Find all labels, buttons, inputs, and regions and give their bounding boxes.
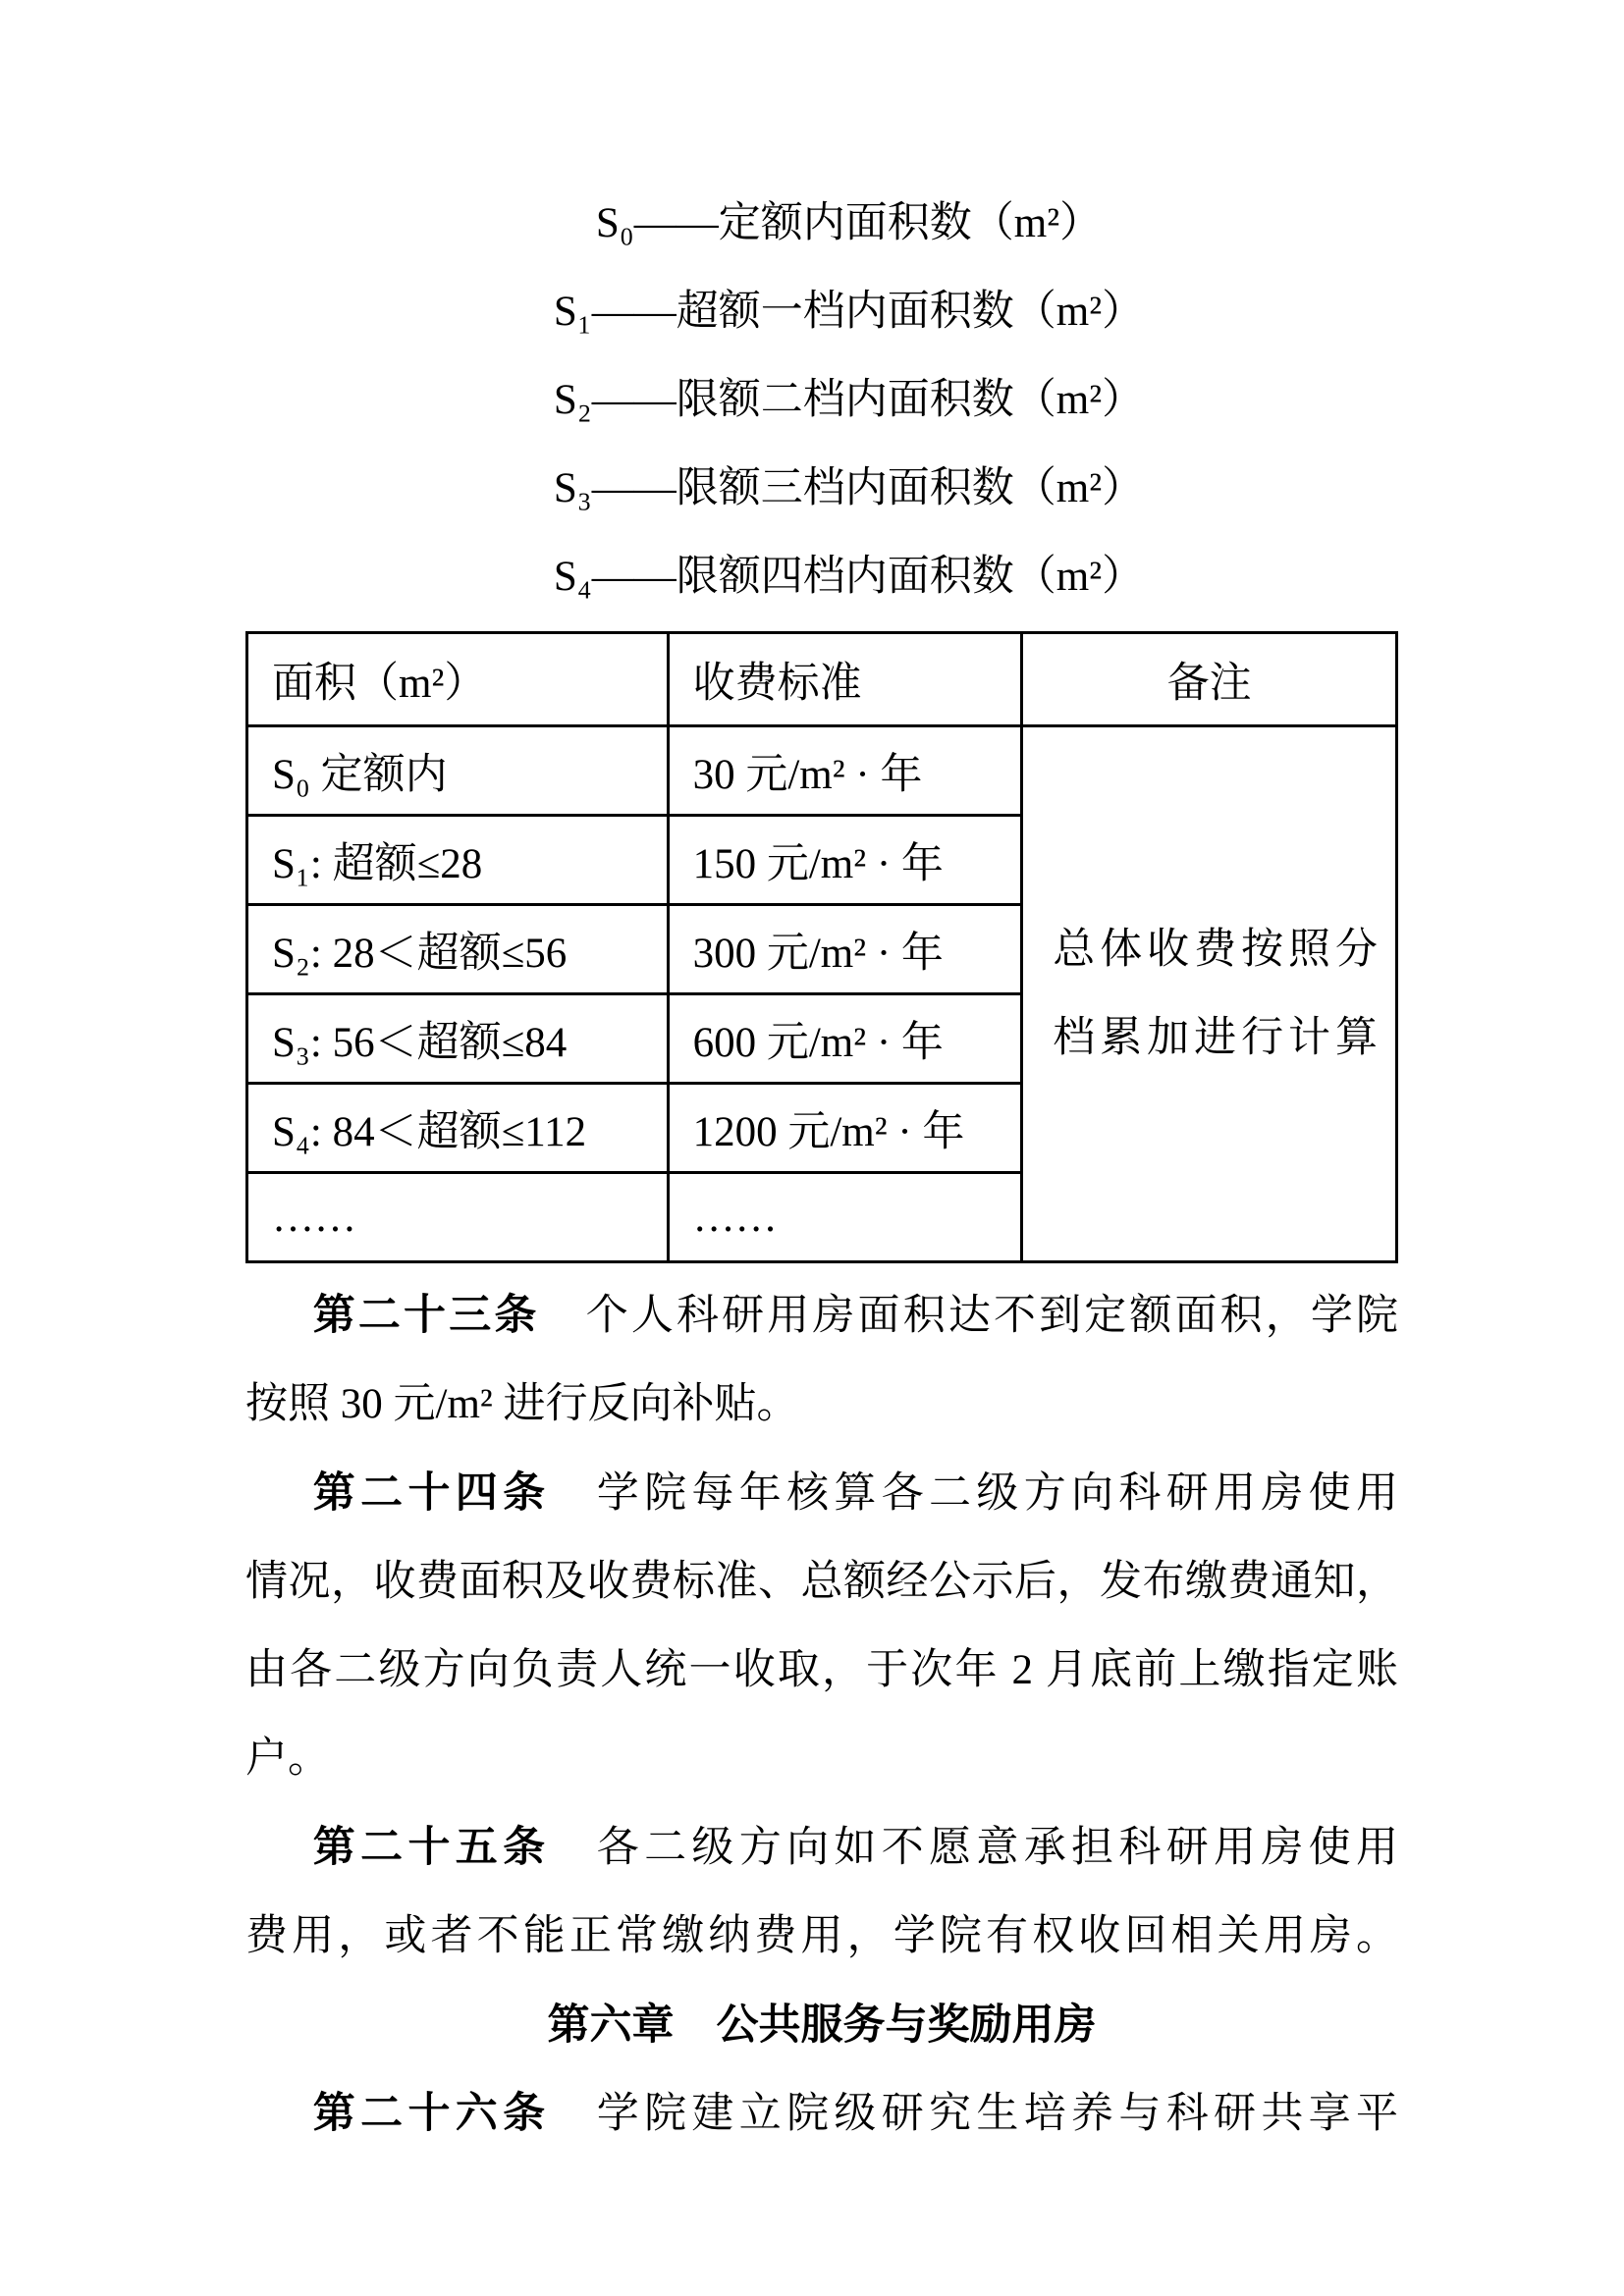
article-23-line-1: 第二十三条个人科研用房面积达不到定额面积，学院 <box>245 1271 1398 1361</box>
article-26-label: 第二十六条 <box>313 2090 551 2137</box>
cell-fee-s0: 30 元/m² · 年 <box>668 726 1022 816</box>
article-23-label: 第二十三条 <box>313 1292 540 1339</box>
cell-area-s3: S₃: 56＜超额≤84 <box>247 994 669 1084</box>
document-page: S₀——定额内面积数（m²） S₁——超额一档内面积数（m²） S₂——限额二档… <box>0 0 1624 2296</box>
cell-fee-s4: 1200 元/m² · 年 <box>668 1084 1022 1173</box>
article-25-text: 各二级方向如不愿意承担科研用房使用 <box>597 1825 1398 1871</box>
article-25-line-1: 第二十五条各二级方向如不愿意承担科研用房使用 <box>245 1803 1398 1893</box>
remarks-line-2: 档累加进行计算 <box>1053 994 1378 1083</box>
cell-fee-s1: 150 元/m² · 年 <box>668 816 1022 905</box>
definition-line-s2: S₂——限额二档内面积数（m²） <box>299 356 1398 445</box>
definition-line-s1: S₁——超额一档内面积数（m²） <box>299 268 1398 356</box>
article-23-text: 个人科研用房面积达不到定额面积，学院 <box>586 1293 1398 1339</box>
definition-line-s4: S₄——限额四档内面积数（m²） <box>299 533 1398 621</box>
cell-area-s2: S₂: 28＜超额≤56 <box>247 905 669 994</box>
page-content: S₀——定额内面积数（m²） S₁——超额一档内面积数（m²） S₂——限额二档… <box>245 180 1398 2159</box>
definition-line-s3: S₃——限额三档内面积数（m²） <box>299 445 1398 533</box>
article-24-label: 第二十四条 <box>313 1469 551 1517</box>
cell-fee-s2: 300 元/m² · 年 <box>668 905 1022 994</box>
article-24-line-3: 由各二级方向负责人统一收取，于次年 2 月底前上缴指定账 <box>245 1627 1398 1715</box>
header-fee-standard: 收费标准 <box>668 633 1022 726</box>
article-25-label: 第二十五条 <box>313 1824 551 1871</box>
fee-table-header-row: 面积（m²） 收费标准 备注 <box>247 633 1397 726</box>
article-26-line-1: 第二十六条学院建立院级研究生培养与科研共享平 <box>245 2069 1398 2159</box>
article-24-line-1: 第二十四条学院每年核算各二级方向科研用房使用 <box>245 1449 1398 1538</box>
article-24-line-4: 户。 <box>245 1715 1398 1803</box>
article-26-text: 学院建立院级研究生培养与科研共享平 <box>597 2091 1398 2137</box>
article-24-text: 学院每年核算各二级方向科研用房使用 <box>597 1470 1398 1517</box>
table-row-s0: S₀ 定额内 30 元/m² · 年 总体收费按照分 档累加进行计算 <box>247 726 1397 816</box>
header-remarks: 备注 <box>1022 633 1397 726</box>
cell-area-s0: S₀ 定额内 <box>247 726 669 816</box>
article-25-line-2: 费用，或者不能正常缴纳费用，学院有权收回相关用房。 <box>245 1893 1398 1981</box>
definition-line-s0: S₀——定额内面积数（m²） <box>299 180 1398 268</box>
article-24-line-2: 情况，收费面积及收费标准、总额经公示后，发布缴费通知， <box>245 1538 1398 1627</box>
variable-definitions: S₀——定额内面积数（m²） S₁——超额一档内面积数（m²） S₂——限额二档… <box>245 180 1398 621</box>
cell-area-s1: S₁: 超额≤28 <box>247 816 669 905</box>
articles-section: 第二十三条个人科研用房面积达不到定额面积，学院 按照 30 元/m² 进行反向补… <box>245 1271 1398 2159</box>
cell-area-ellipsis: …… <box>247 1173 669 1262</box>
cell-area-s4: S₄: 84＜超额≤112 <box>247 1084 669 1173</box>
cell-fee-ellipsis: …… <box>668 1173 1022 1262</box>
cell-fee-s3: 600 元/m² · 年 <box>668 994 1022 1084</box>
article-23-line-2: 按照 30 元/m² 进行反向补贴。 <box>245 1361 1398 1449</box>
remarks-line-1: 总体收费按照分 <box>1053 906 1378 994</box>
fee-table: 面积（m²） 收费标准 备注 S₀ 定额内 30 元/m² · 年 总体收费按照… <box>245 631 1398 1263</box>
remarks-merged-cell: 总体收费按照分 档累加进行计算 <box>1022 726 1397 1262</box>
chapter-6-heading: 第六章 公共服务与奖励用房 <box>245 1981 1398 2069</box>
header-area: 面积（m²） <box>247 633 669 726</box>
